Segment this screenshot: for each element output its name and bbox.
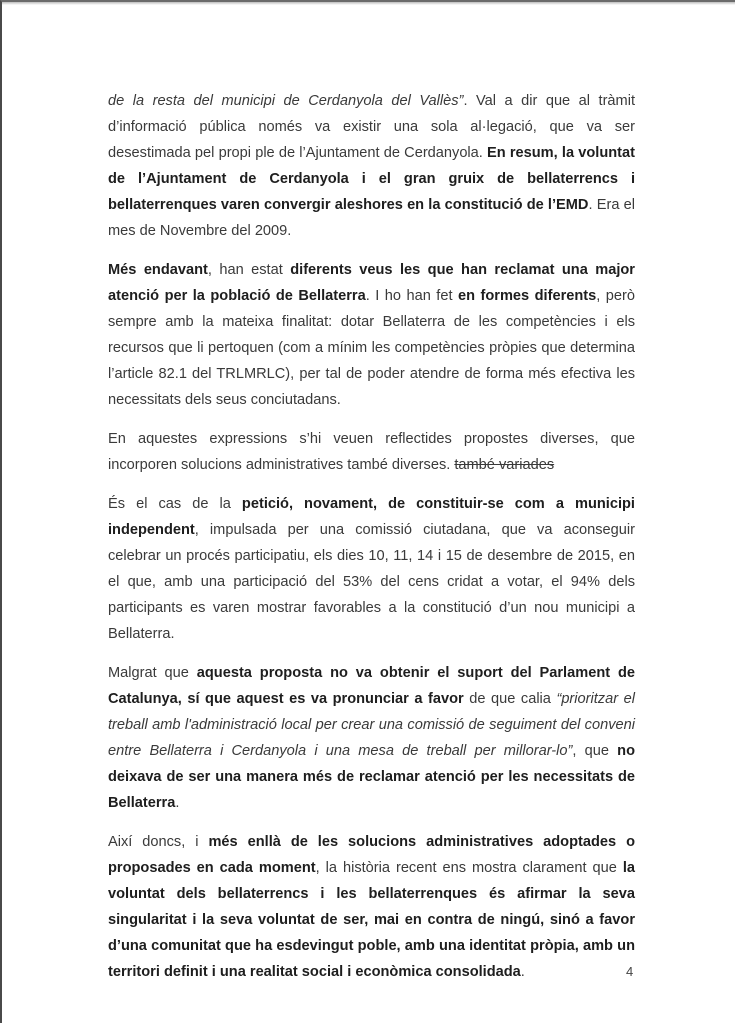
page-number: 4	[626, 964, 633, 979]
text-run: En aquestes expressions s’hi veuen refle…	[108, 431, 635, 473]
text-run: de que calia	[464, 691, 557, 707]
text-run: . I ho han fet	[366, 288, 458, 304]
emphasis-run: Més endavant	[108, 262, 208, 278]
paragraph-conclusion: Així doncs, i més enllà de les solucions…	[108, 829, 635, 985]
paragraph-different-voices: Més endavant, han estat diferents veus l…	[108, 257, 635, 413]
text-run: , que	[572, 743, 617, 759]
text-run: , han estat	[208, 262, 290, 278]
emphasis-run: la voluntat dels bellaterrencs i les bel…	[108, 860, 635, 980]
paragraph-parliament: Malgrat que aquesta proposta no va obten…	[108, 660, 635, 816]
document-body: de la resta del municipi de Cerdanyola d…	[108, 88, 635, 998]
text-run: Malgrat que	[108, 665, 197, 681]
text-run: .	[175, 795, 179, 811]
quote-fragment: de la resta del municipi de Cerdanyola d…	[108, 93, 463, 109]
paragraph-emd-constitution: de la resta del municipi de Cerdanyola d…	[108, 88, 635, 244]
text-run: , impulsada per una comissió ciutadana, …	[108, 522, 635, 642]
text-run: , la història recent ens mostra claramen…	[316, 860, 623, 876]
paragraph-diverse-proposals: En aquestes expressions s’hi veuen refle…	[108, 426, 635, 478]
text-run: Així doncs, i	[108, 834, 208, 850]
paragraph-independent-municipality: És el cas de la petició, novament, de co…	[108, 491, 635, 647]
document-page: de la resta del municipi de Cerdanyola d…	[0, 0, 735, 1023]
emphasis-run: en formes diferents	[458, 288, 596, 304]
struck-text: també variades	[454, 457, 554, 473]
text-run: , però sempre amb la mateixa finalitat: …	[108, 288, 635, 408]
text-run: .	[521, 964, 525, 980]
text-run: És el cas de la	[108, 496, 242, 512]
